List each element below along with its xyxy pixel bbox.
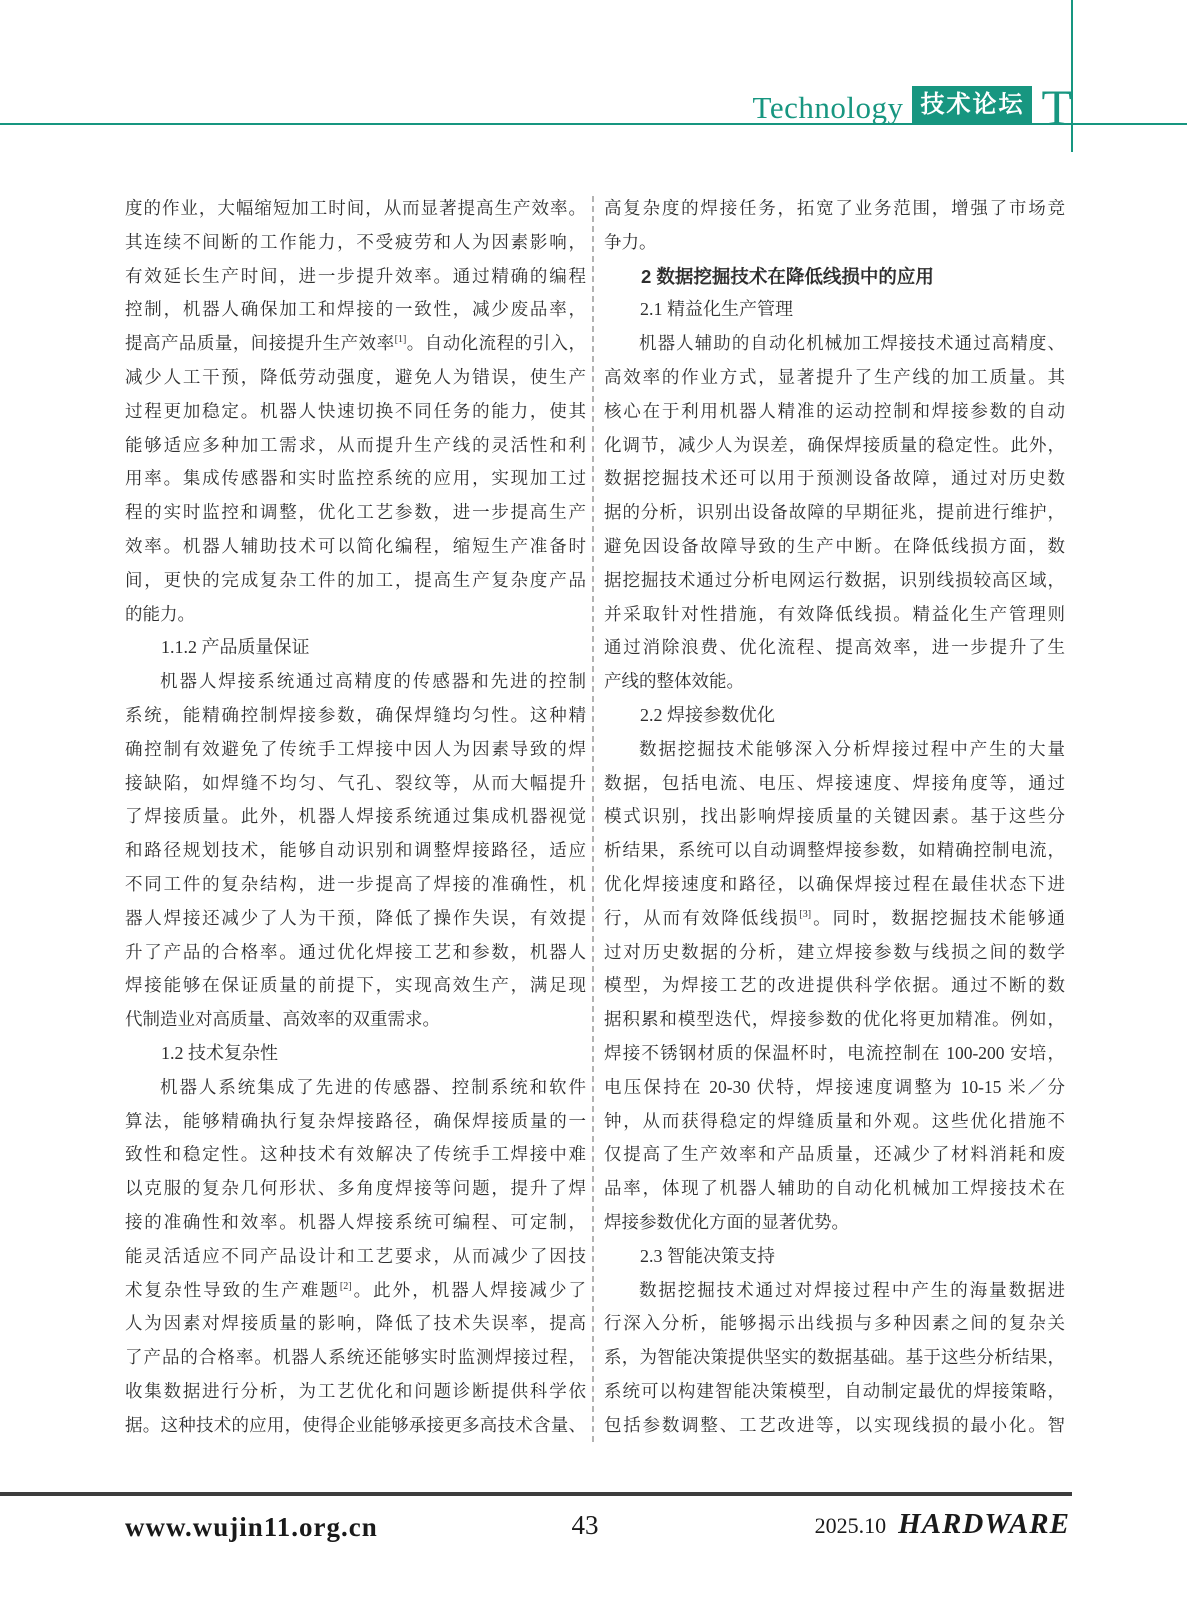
text-line: 其连续不间断的工作能力，不受疲劳和人为因素影响， xyxy=(125,226,586,260)
section-heading: 2.2 焊接参数优化 xyxy=(604,699,1065,733)
text-line: 接的准确性和效率。机器人焊接系统可编程、可定制， xyxy=(125,1206,586,1240)
magazine-page: Technology 技术论坛 T 度的作业，大幅缩短加工时间，从而显著提高生产… xyxy=(0,0,1187,1600)
text-line: 据。这种技术的应用，使得企业能够承接更多高技术含量、 xyxy=(125,1409,586,1443)
text-line: 代制造业对高质量、高效率的双重需求。 xyxy=(125,1003,586,1037)
section-heading: 2.1 精益化生产管理 xyxy=(604,293,1065,327)
text-line: 行，从而有效降低线损[3]。同时，数据挖掘技术能够通 xyxy=(604,902,1065,936)
text-line: 避免因设备故障导致的生产中断。在降低线损方面，数 xyxy=(604,530,1065,564)
text-line: 度的作业，大幅缩短加工时间，从而显著提高生产效率。 xyxy=(125,192,586,226)
text-line: 程的实时监控和调整，优化工艺参数，进一步提高生产 xyxy=(125,496,586,530)
text-line: 术复杂性导致的生产难题[2]。此外，机器人焊接减少了 xyxy=(125,1274,586,1308)
section-heading: 1.2 技术复杂性 xyxy=(125,1037,586,1071)
text-line: 过对历史数据的分析，建立焊接参数与线损之间的数学 xyxy=(604,936,1065,970)
footer-magazine-title: HARDWARE xyxy=(898,1508,1070,1541)
text-line: 优化焊接速度和路径，以确保焊接过程在最佳状态下进 xyxy=(604,868,1065,902)
footer-rule xyxy=(0,1492,1072,1496)
citation-ref: [1] xyxy=(395,334,407,345)
citation-ref: [2] xyxy=(340,1281,352,1292)
text-line: 升了产品的合格率。通过优化焊接工艺和参数，机器人 xyxy=(125,936,586,970)
text-line: 系统，能精确控制焊接参数，确保焊缝均匀性。这种精 xyxy=(125,699,586,733)
masthead-initial: T xyxy=(1041,89,1072,125)
masthead-title-en: Technology xyxy=(753,92,904,123)
text-line: 焊接参数优化方面的显著优势。 xyxy=(604,1206,1065,1240)
text-line: 据积累和模型迭代，焊接参数的优化将更加精准。例如， xyxy=(604,1003,1065,1037)
citation-ref: [3] xyxy=(799,909,811,920)
text-line: 间，更快的完成复杂工件的加工，提高生产复杂度产品 xyxy=(125,564,586,598)
text-line: 据挖掘技术通过分析电网运行数据，识别线损较高区域， xyxy=(604,564,1065,598)
masthead-badge: 技术论坛 xyxy=(912,86,1032,124)
text-line: 仅提高了生产效率和产品质量，还减少了材料消耗和废 xyxy=(604,1138,1065,1172)
footer-issue: 2025.10 xyxy=(815,1513,887,1539)
text-line: 并采取针对性措施，有效降低线损。精益化生产管理则 xyxy=(604,598,1065,632)
text-line: 数据挖掘技术通过对焊接过程中产生的海量数据进 xyxy=(604,1274,1065,1308)
text-line: 控制，机器人确保加工和焊接的一致性，减少废品率， xyxy=(125,293,586,327)
footer-brand: 2025.10 HARDWARE xyxy=(815,1508,1070,1541)
text-line: 能够适应多种加工需求，从而提升生产线的灵活性和利 xyxy=(125,429,586,463)
text-line: 提高产品质量，间接提升生产效率[1]。自动化流程的引入， xyxy=(125,327,586,361)
column-divider xyxy=(592,196,594,1442)
text-line: 通过消除浪费、优化流程、提高效率，进一步提升了生 xyxy=(604,631,1065,665)
text-line: 行深入分析，能够揭示出线损与多种因素之间的复杂关 xyxy=(604,1307,1065,1341)
text-line: 化调节，减少人为误差，确保焊接质量的稳定性。此外， xyxy=(604,429,1065,463)
text-line: 用率。集成传感器和实时监控系统的应用，实现加工过 xyxy=(125,462,586,496)
text-line: 机器人系统集成了先进的传感器、控制系统和软件 xyxy=(125,1071,586,1105)
masthead: Technology 技术论坛 T xyxy=(0,0,1072,124)
text-line: 人为因素对焊接质量的影响，降低了技术失误率，提高 xyxy=(125,1307,586,1341)
text-line: 机器人焊接系统通过高精度的传感器和先进的控制 xyxy=(125,665,586,699)
text-run: 。同时，数据挖掘技术能够通 xyxy=(811,908,1065,928)
text-line: 高复杂度的焊接任务，拓宽了业务范围，增强了市场竞 xyxy=(604,192,1065,226)
section-heading: 1.1.2 产品质量保证 xyxy=(125,631,586,665)
text-line: 电压保持在 20-30 伏特，焊接速度调整为 10-15 米／分 xyxy=(604,1071,1065,1105)
text-line: 算法，能够精确执行复杂焊接路径，确保焊接质量的一 xyxy=(125,1105,586,1139)
text-line: 和路径规划技术，能够自动识别和调整焊接路径，适应 xyxy=(125,834,586,868)
text-line: 据的分析，识别出设备故障的早期征兆，提前进行维护， xyxy=(604,496,1065,530)
section-heading: 2 数据挖掘技术在降低线损中的应用 xyxy=(604,260,1065,294)
text-run: 术复杂性导致的生产难题 xyxy=(125,1280,340,1300)
text-line: 致性和稳定性。这种技术有效解决了传统手工焊接中难 xyxy=(125,1138,586,1172)
text-line: 减少人工干预，降低劳动强度，避免人为错误，使生产 xyxy=(125,361,586,395)
text-line: 不同工件的复杂结构，进一步提高了焊接的准确性，机 xyxy=(125,868,586,902)
text-line: 核心在于利用机器人精准的运动控制和焊接参数的自动 xyxy=(604,395,1065,429)
text-line: 过程更加稳定。机器人快速切换不同任务的能力，使其 xyxy=(125,395,586,429)
text-line: 收集数据进行分析，为工艺优化和问题诊断提供科学依 xyxy=(125,1375,586,1409)
text-run: 行，从而有效降低线损 xyxy=(604,908,799,928)
text-line: 机器人辅助的自动化机械加工焊接技术通过高精度、 xyxy=(604,327,1065,361)
text-line: 器人焊接还减少了人为干预，降低了操作失误，有效提 xyxy=(125,902,586,936)
text-line: 有效延长生产时间，进一步提升效率。通过精确的编程 xyxy=(125,260,586,294)
text-line: 钟，从而获得稳定的焊缝质量和外观。这些优化措施不 xyxy=(604,1105,1065,1139)
text-line: 焊接能够在保证质量的前提下，实现高效生产，满足现 xyxy=(125,969,586,1003)
text-line: 系统可以构建智能决策模型，自动制定最优的焊接策略， xyxy=(604,1375,1065,1409)
text-line: 了焊接质量。此外，机器人焊接系统通过集成机器视觉 xyxy=(125,800,586,834)
header-vertical-rule xyxy=(1071,0,1073,152)
text-line: 接缺陷，如焊缝不均匀、气孔、裂纹等，从而大幅提升 xyxy=(125,767,586,801)
text-line: 模型，为焊接工艺的改进提供科学依据。通过不断的数 xyxy=(604,969,1065,1003)
text-line: 包括参数调整、工艺改进等，以实现线损的最小化。智 xyxy=(604,1409,1065,1443)
text-line: 模式识别，找出影响焊接质量的关键因素。基于这些分 xyxy=(604,800,1065,834)
text-line: 效率。机器人辅助技术可以简化编程，缩短生产准备时 xyxy=(125,530,586,564)
text-line: 焊接不锈钢材质的保温杯时，电流控制在 100-200 安培， xyxy=(604,1037,1065,1071)
text-line: 能灵活适应不同产品设计和工艺要求，从而减少了因技 xyxy=(125,1240,586,1274)
text-run: 。自动化流程的引入， xyxy=(406,333,586,353)
footer-page-number: 43 xyxy=(535,1510,635,1541)
text-line: 的能力。 xyxy=(125,598,586,632)
text-line: 产线的整体效能。 xyxy=(604,665,1065,699)
text-line: 数据挖掘技术能够深入分析焊接过程中产生的大量 xyxy=(604,733,1065,767)
text-line: 数据，包括电流、电压、焊接速度、焊接角度等，通过 xyxy=(604,767,1065,801)
text-run: 。此外，机器人焊接减少了 xyxy=(352,1280,586,1300)
text-line: 确控制有效避免了传统手工焊接中因人为因素导致的焊 xyxy=(125,733,586,767)
text-line: 争力。 xyxy=(604,226,1065,260)
text-line: 高效率的作业方式，显著提升了生产线的加工质量。其 xyxy=(604,361,1065,395)
text-line: 数据挖掘技术还可以用于预测设备故障，通过对历史数 xyxy=(604,462,1065,496)
right-column: 高复杂度的焊接任务，拓宽了业务范围，增强了市场竞争力。2 数据挖掘技术在降低线损… xyxy=(604,192,1065,1442)
text-line: 品率，体现了机器人辅助的自动化机械加工焊接技术在 xyxy=(604,1172,1065,1206)
text-line: 了产品的合格率。机器人系统还能够实时监测焊接过程， xyxy=(125,1341,586,1375)
text-line: 以克服的复杂几何形状、多角度焊接等问题，提升了焊 xyxy=(125,1172,586,1206)
footer-website: www.wujin11.org.cn xyxy=(125,1512,378,1543)
text-line: 系，为智能决策提供坚实的数据基础。基于这些分析结果， xyxy=(604,1341,1065,1375)
left-column: 度的作业，大幅缩短加工时间，从而显著提高生产效率。其连续不间断的工作能力，不受疲… xyxy=(125,192,586,1442)
text-run: 提高产品质量，间接提升生产效率 xyxy=(125,333,395,353)
header-rule xyxy=(0,123,1187,125)
section-heading: 2.3 智能决策支持 xyxy=(604,1240,1065,1274)
text-line: 析结果，系统可以自动调整焊接参数，如精确控制电流， xyxy=(604,834,1065,868)
